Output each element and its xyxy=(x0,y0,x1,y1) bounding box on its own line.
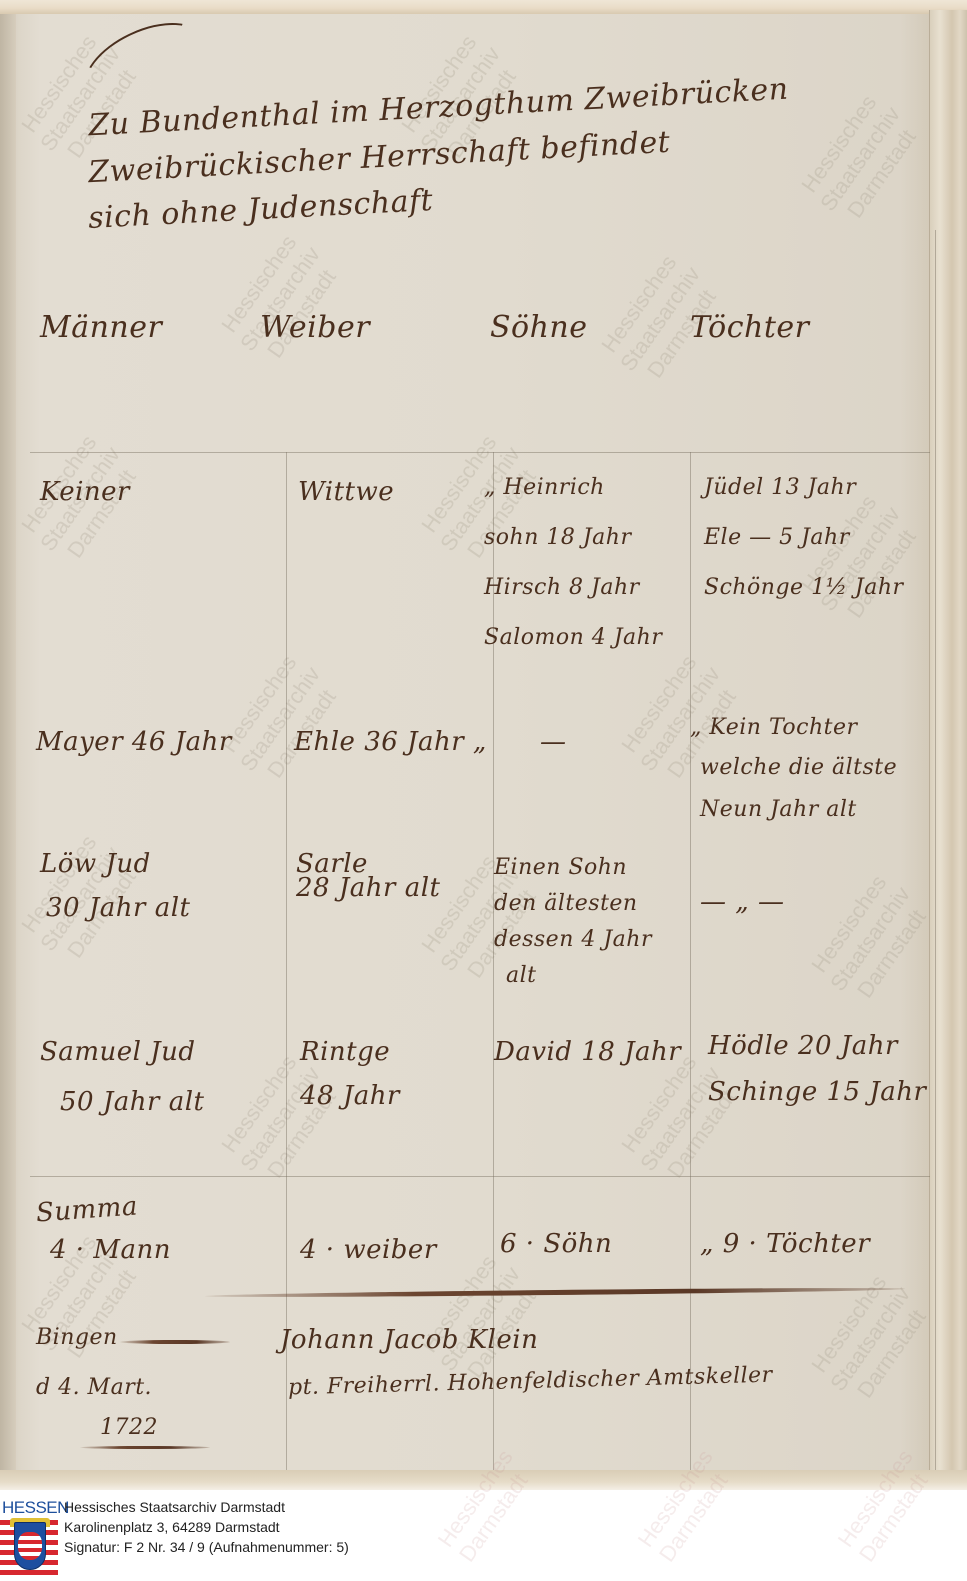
totals-daughters: „ 9 · Töchter xyxy=(700,1222,870,1266)
row3-daughters: — „ — xyxy=(700,880,785,924)
column-header-sons: Söhne xyxy=(490,300,588,356)
archive-info: Hessisches Staatsarchiv Darmstadt Karoli… xyxy=(64,1497,349,1557)
archive-footer: Hessisches Darmstadt Hessisches Darmstad… xyxy=(0,1490,967,1581)
row3-women-line: 28 Jahr alt xyxy=(296,866,440,910)
row1-daughters-line: Jüdel 13 Jahr xyxy=(704,468,856,508)
row3-sons-line: dessen 4 Jahr xyxy=(494,920,652,960)
table-rule xyxy=(30,1176,930,1177)
totals-sons: 6 · Söhn xyxy=(500,1222,612,1266)
hessen-logo: HESSEN xyxy=(0,1498,62,1578)
row2-sons: — xyxy=(540,720,567,764)
row3-men-line: 30 Jahr alt xyxy=(46,886,190,930)
row2-daughters-line: Neun Jahr alt xyxy=(700,790,857,830)
page-top-edge xyxy=(0,0,967,14)
row4-women-line: 48 Jahr xyxy=(300,1074,400,1118)
row3-men-line: Löw Jud xyxy=(40,842,151,886)
row4-daughters-line: Schinge 15 Jahr xyxy=(708,1070,926,1114)
watermark: Hessisches Staatsarchiv Darmstadt xyxy=(794,87,927,231)
table-rule xyxy=(30,452,930,453)
row1-sons-line: „ Heinrich xyxy=(484,468,605,508)
totals-women: 4 · weiber xyxy=(300,1228,437,1272)
row3-sons-line: Einen Sohn xyxy=(494,848,627,888)
column-rule xyxy=(935,230,936,1490)
lion-icon xyxy=(18,1532,42,1560)
signature-stroke xyxy=(120,1340,230,1344)
row4-daughters-line: Hödle 20 Jahr xyxy=(708,1024,898,1068)
archive-name: Hessisches Staatsarchiv Darmstadt xyxy=(64,1497,349,1517)
signature-title: pt. Freiherrl. Hohenfeldischer Amtskelle… xyxy=(288,1356,774,1409)
row2-women: Ehle 36 Jahr „ xyxy=(294,720,487,764)
row4-men-line: 50 Jahr alt xyxy=(60,1080,204,1124)
row1-women: Wittwe xyxy=(298,470,394,514)
row3-sons-line: den ältesten xyxy=(494,884,638,924)
column-header-women: Weiber xyxy=(260,300,370,356)
row1-sons-line: sohn 18 Jahr xyxy=(484,518,631,558)
row2-daughters-line: welche die ältste xyxy=(700,748,897,788)
column-header-men: Männer xyxy=(40,300,162,356)
signature-place: Bingen xyxy=(36,1318,118,1358)
signature-name: Johann Jacob Klein xyxy=(280,1318,538,1362)
signature-year-underline xyxy=(80,1446,210,1449)
page-bottom-edge xyxy=(0,1470,967,1490)
row1-daughters-line: Schönge 1½ Jahr xyxy=(704,568,904,608)
row1-sons-line: Salomon 4 Jahr xyxy=(484,618,662,658)
page-left-fold xyxy=(0,14,16,1490)
row1-daughters-line: Ele — 5 Jahr xyxy=(704,518,850,558)
row3-sons-line: alt xyxy=(506,956,537,996)
document-scan: Hessisches Staatsarchiv Darmstadt Hessis… xyxy=(0,0,967,1490)
row2-men: Mayer 46 Jahr xyxy=(36,720,232,764)
signature-year: 1722 xyxy=(100,1408,158,1448)
row1-sons-line: Hirsch 8 Jahr xyxy=(484,568,640,608)
watermark: Hessisches Staatsarchiv Darmstadt xyxy=(794,487,927,631)
watermark: Hessisches Staatsarchiv Darmstadt xyxy=(804,867,937,1011)
totals-men: 4 · Mann xyxy=(50,1228,171,1272)
hessen-logo-text: HESSEN xyxy=(2,1498,69,1518)
column-rule xyxy=(690,452,691,1490)
row1-men: Keiner xyxy=(40,470,130,514)
watermark: Hessisches Staatsarchiv Darmstadt xyxy=(214,647,347,791)
signature-date: d 4. Mart. xyxy=(36,1368,152,1408)
row2-daughters-line: „ Kein Tochter xyxy=(690,708,858,748)
column-header-daughters: Töchter xyxy=(690,300,810,356)
row4-women-line: Rintge xyxy=(300,1030,390,1074)
totals-underline-stroke xyxy=(205,1286,905,1298)
archive-address: Karolinenplatz 3, 64289 Darmstadt xyxy=(64,1517,349,1537)
row4-sons: David 18 Jahr xyxy=(494,1030,681,1074)
row4-men-line: Samuel Jud xyxy=(40,1030,196,1074)
archive-signature: Signatur: F 2 Nr. 34 / 9 (Aufnahmenummer… xyxy=(64,1537,349,1557)
